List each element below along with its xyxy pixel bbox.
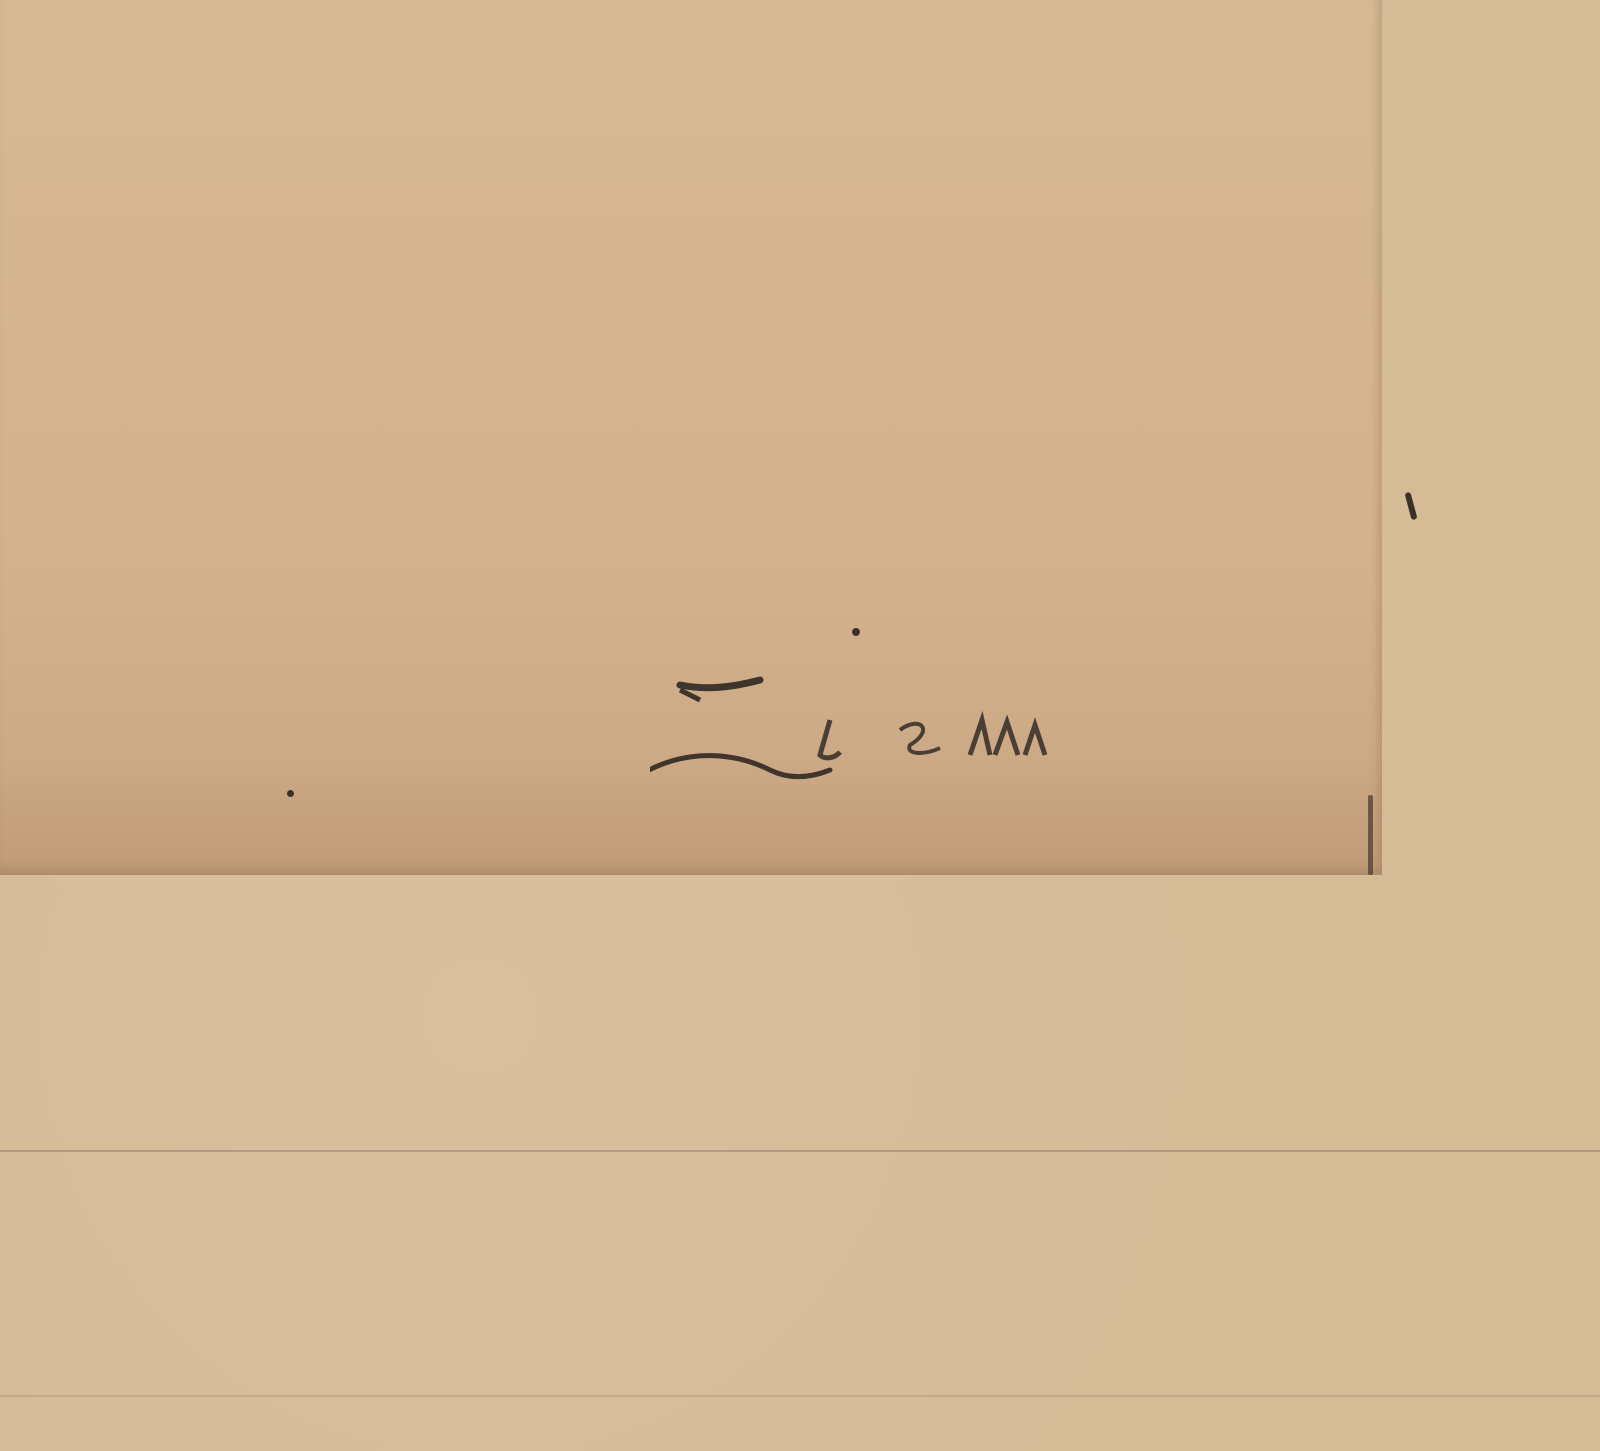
mount-ruled-line [0,1395,1600,1397]
artist-signature: Ziem [650,660,1130,800]
ink-speck [1404,492,1417,521]
drawing-paper: Ziem [0,0,1382,875]
edge-mark [1368,795,1373,875]
ink-speck [852,628,860,636]
mount-board: Ziem [0,0,1600,1451]
ink-speck [287,790,294,797]
mount-ruled-line [0,1150,1600,1152]
